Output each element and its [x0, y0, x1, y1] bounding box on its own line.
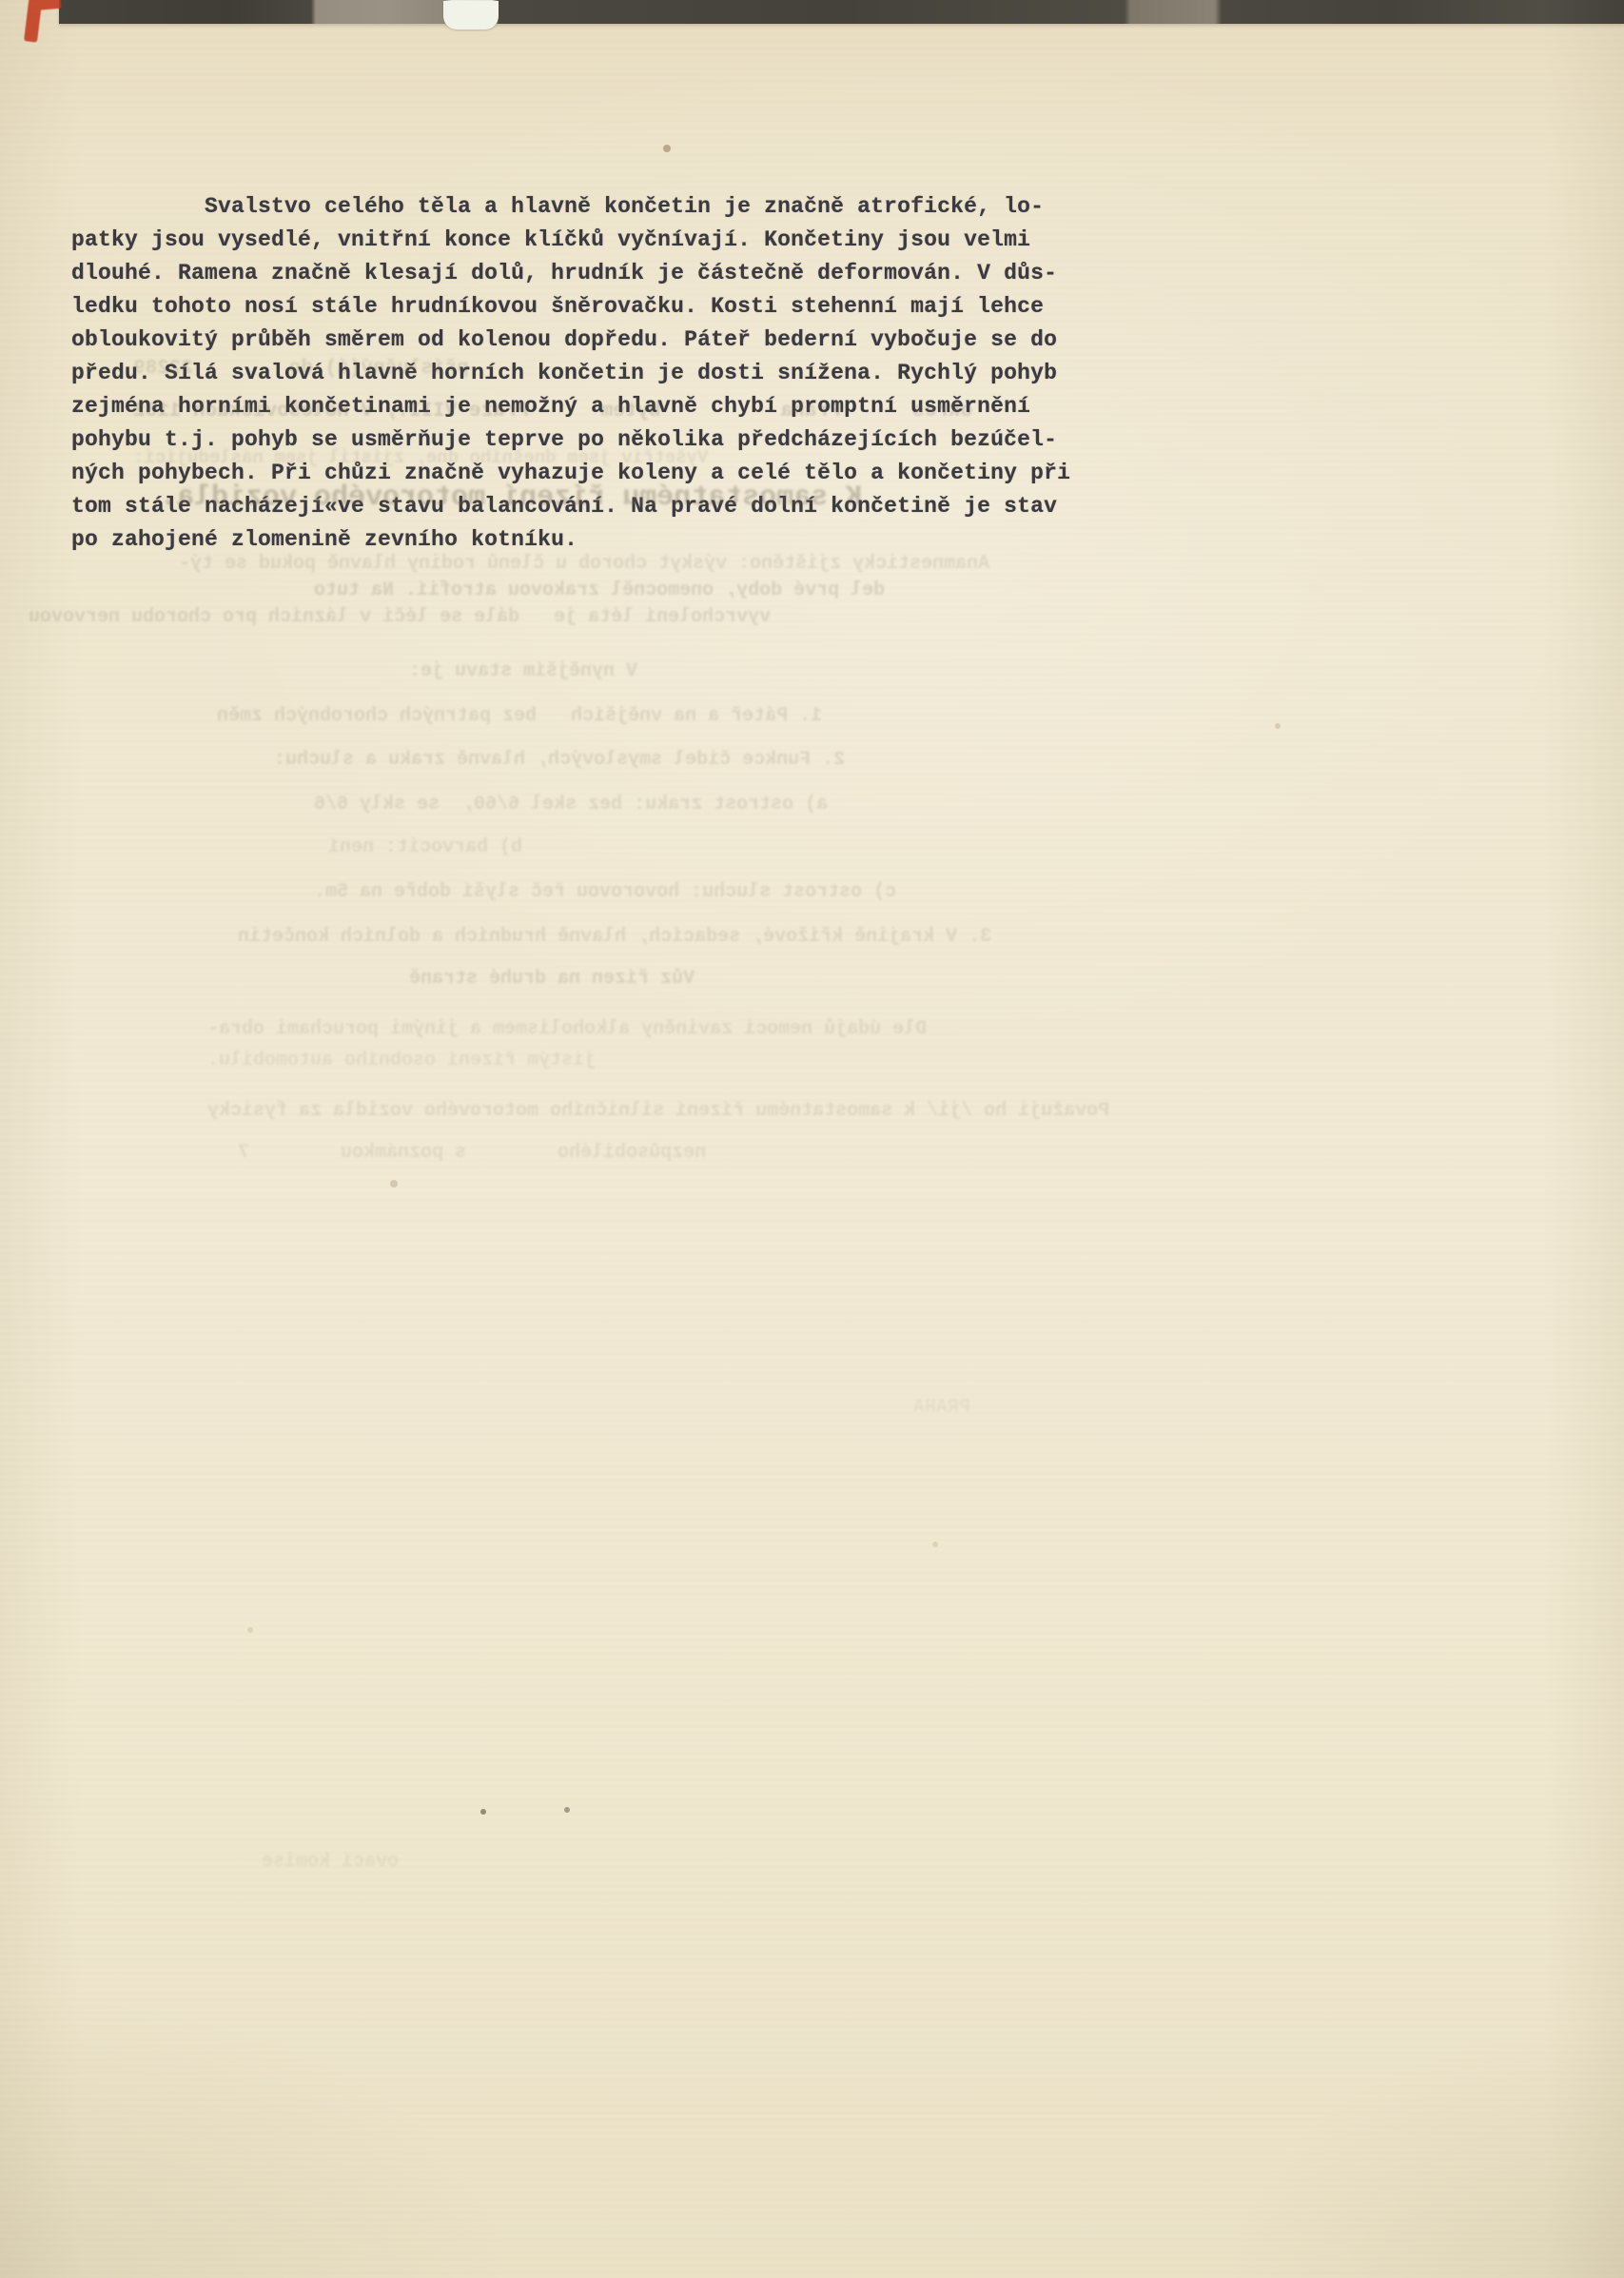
bleedthrough-layer: příslušný(á) do 22289okres Praha bytem P…: [0, 0, 1624, 2278]
bleedthrough-line: K samostatnému řízení motorového vozidla…: [160, 481, 862, 514]
bleedthrough-line: 3. V krajině křížové, sedacích, hlavně h…: [238, 926, 991, 948]
bleedthrough-line: jistým řízení osobního automobilu.: [207, 1050, 596, 1071]
bleedthrough-line: Anamnesticky zjištěno: výskyt chorob u č…: [179, 553, 989, 575]
bleedthrough-line: Vůz řízen na druhé straně: [409, 968, 695, 990]
bleedthrough-line: Dle údajů nemoci zaviněny alkoholismem a…: [207, 1018, 927, 1040]
bleedthrough-line: b) barvocit: není: [328, 836, 522, 858]
paper-speck: [390, 1180, 398, 1188]
bleedthrough-line: 1. Páteř a na vnějších bez patrných chor…: [217, 705, 822, 727]
paper-speck: [564, 1807, 570, 1813]
paper-speck: [247, 1627, 253, 1633]
paper-speck: [932, 1542, 938, 1547]
bleedthrough-line: nezpůsobilého s poznámkou 7: [238, 1142, 706, 1164]
bleedthrough-line: Považuji ho /ji/ k samostatnému řízení s…: [207, 1100, 1109, 1122]
bleedthrough-line: PRAHA: [913, 1397, 970, 1419]
bleedthrough-line: ovací komise: [262, 1851, 399, 1873]
bleedthrough-line: okres Praha bytem Praze VIII., V Holešov…: [133, 401, 972, 422]
bleedthrough-line: del prvé doby, onemocněl zrakovou atrofi…: [314, 579, 885, 601]
paper-speck: [1275, 723, 1281, 729]
bleedthrough-line: c) ostrost sluchu: hovorovou řeč slyší d…: [314, 881, 896, 903]
bleedthrough-line: Vyšetřiv jsem dnešního dne, zjistil jsem…: [133, 447, 708, 468]
scanned-document-page: Svalstvo celého těla a hlavně končetin j…: [0, 0, 1624, 2278]
bleedthrough-line: vyvrcholení léta je dále se léčí v lázní…: [29, 606, 771, 628]
bleedthrough-line: 2. Funkce čidel smyslových, hlavně zraku…: [274, 749, 845, 771]
bleedthrough-line: V nynějším stavu je:: [409, 660, 637, 682]
bleedthrough-line: a) ostrost zraku: bez skel 6/60, se skly…: [314, 794, 828, 815]
paper-speck: [663, 145, 671, 152]
paper-speck: [480, 1809, 486, 1815]
bleedthrough-line: příslušný(á) do 22289: [133, 358, 469, 380]
